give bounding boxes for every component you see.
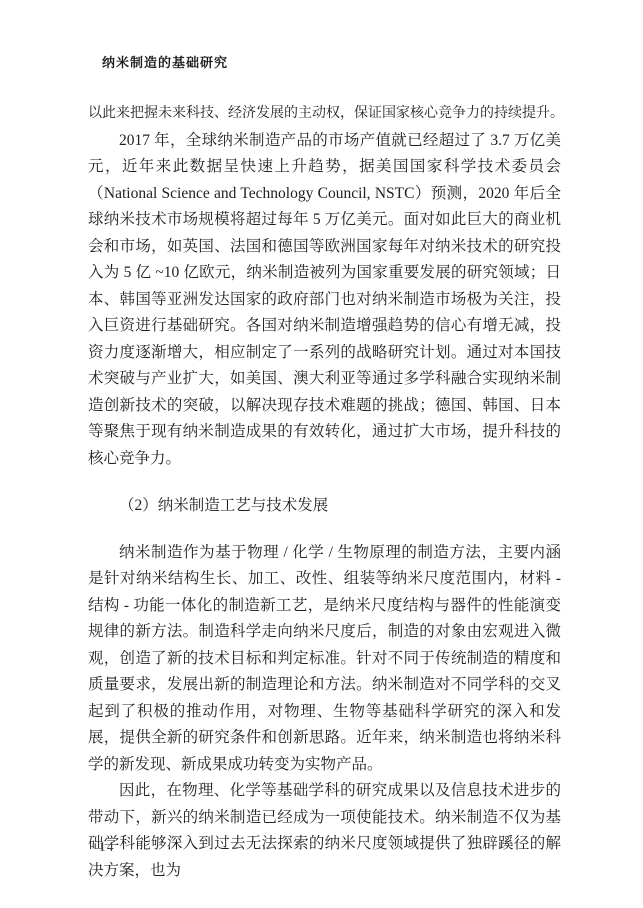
- page-number: 14: [99, 839, 115, 855]
- running-header-title: 纳米制造的基础研究: [102, 52, 228, 71]
- body-text-block: 以此来把握未来科技、经济发展的主动权，保证国家核心竞争力的持续提升。 2017 …: [88, 101, 561, 884]
- paragraph-continuation: 以此来把握未来科技、经济发展的主动权，保证国家核心竞争力的持续提升。: [88, 101, 561, 128]
- section-heading: （2）纳米制造工艺与技术发展: [88, 493, 561, 520]
- document-page: 纳米制造的基础研究 以此来把握未来科技、经济发展的主动权，保证国家核心竞争力的持…: [0, 0, 643, 908]
- paragraph-market-overview: 2017 年，全球纳米制造产品的市场产值就已经超过了 3.7 万亿美元，近年来此…: [88, 128, 561, 473]
- paragraph-process-technology: 纳米制造作为基于物理 / 化学 / 生物原理的制造方法，主要内涵是针对纳米结构生…: [88, 540, 561, 779]
- paragraph-enabling-technology: 因此，在物理、化学等基础学科的研究成果以及信息技术进步的带动下，新兴的纳米制造已…: [88, 778, 561, 884]
